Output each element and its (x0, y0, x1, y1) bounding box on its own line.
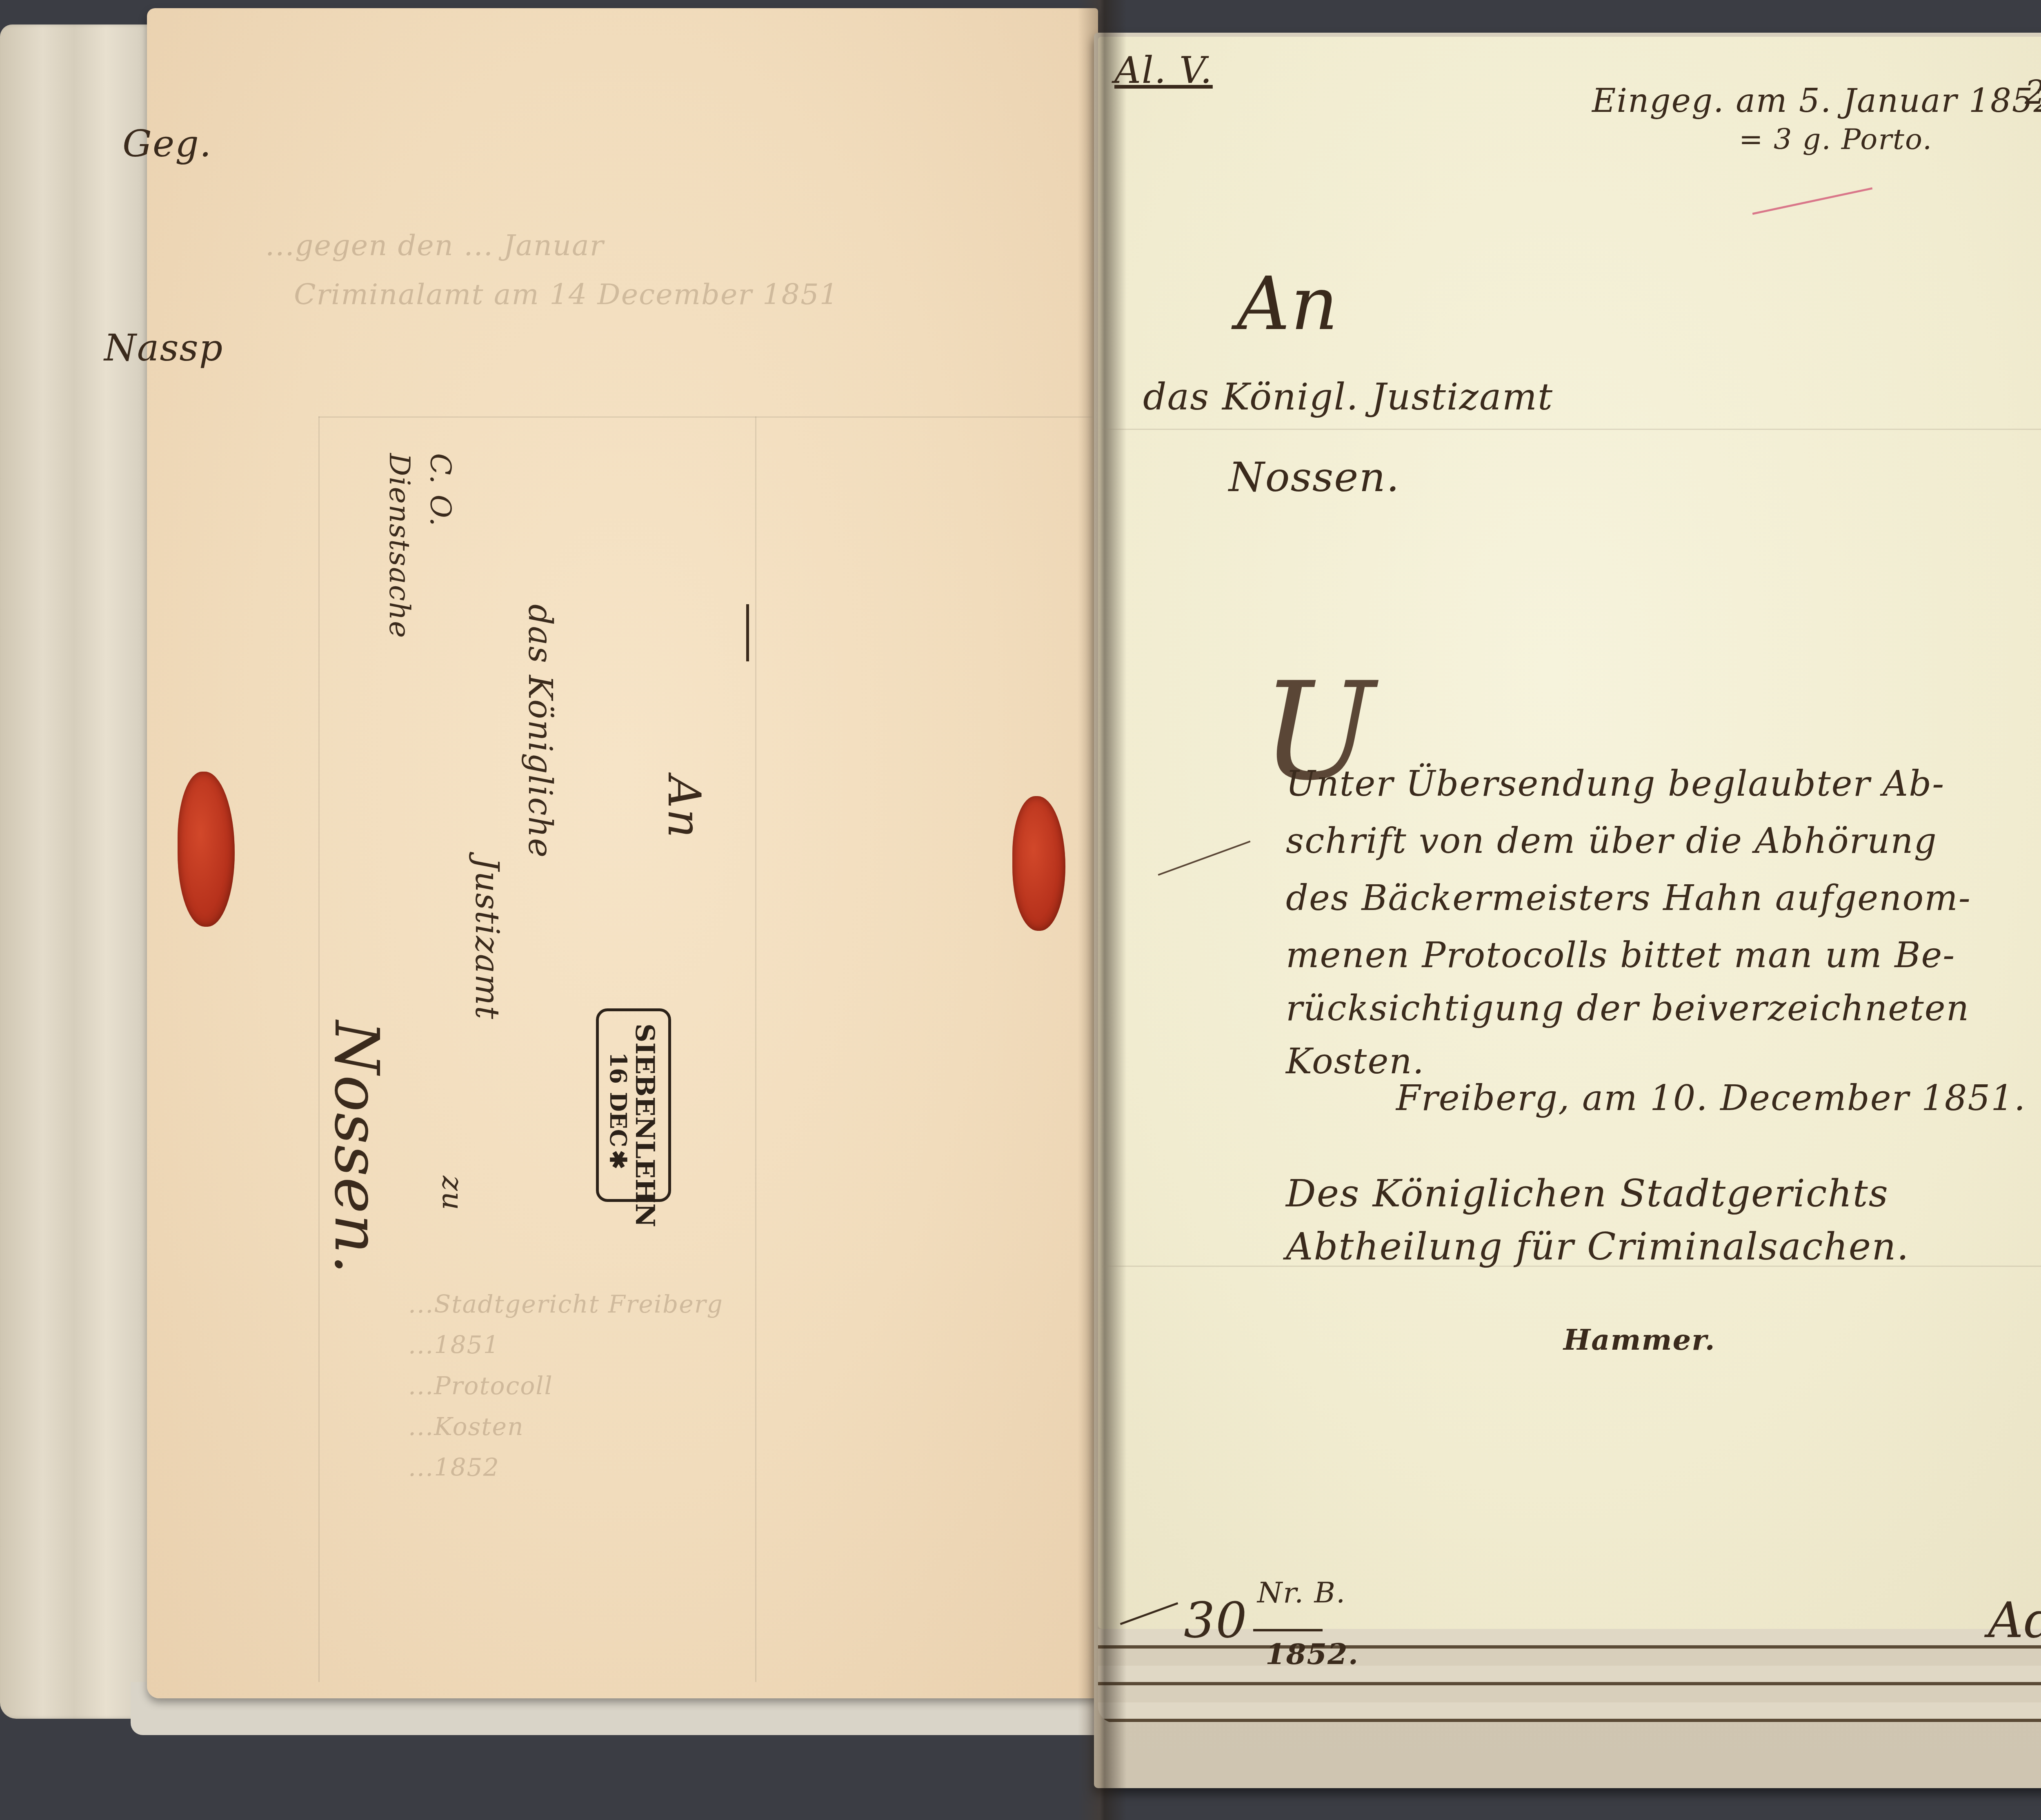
bottom-right-mark: Ad (1988, 1592, 2041, 1649)
left-address-city: Nossen. (321, 1021, 392, 1275)
fold-line (755, 416, 756, 1682)
postmark-date: 16 DEC (605, 1052, 631, 1147)
address-salutation: An (1237, 261, 1339, 347)
fold-line (318, 416, 320, 1682)
body-line-5: rücksichtigung der beiverzeichneten (1286, 988, 1970, 1029)
body-line-4: menen Protocolls bittet man um Be- (1286, 935, 1955, 976)
left-address-zu: zu (436, 1176, 469, 1211)
showthrough-bottom-1: ...Stadtgericht Freiberg (408, 1290, 723, 1319)
body-line-3: des Bäckermeisters Hahn aufgenom- (1286, 878, 1971, 919)
address-line1: das Königl. Justizamt (1143, 376, 1553, 418)
left-address-line1: das Königliche (521, 604, 559, 858)
received-note-line2: = 3 g. Porto. (1739, 122, 1932, 156)
registry-fraction-top: Nr. B. (1257, 1576, 1346, 1609)
signature: Hammer. (1563, 1323, 1716, 1357)
margin-note-1: Geg. (122, 122, 212, 165)
registry-fraction-bottom: 1852. (1265, 1637, 1359, 1671)
sender-line1: Des Königlichen Stadtgerichts (1286, 1172, 1889, 1215)
registry-number: 30 (1184, 1592, 1248, 1649)
fold-line (1102, 429, 2041, 430)
book-spine-gutter (1078, 0, 1127, 1820)
body-line-6: Kosten. (1286, 1041, 1425, 1082)
left-address-line2: Justizamt (468, 857, 506, 1020)
showthrough-bottom-3: ...Protocoll (408, 1372, 553, 1400)
postmark-symbol: ✱ (605, 1150, 631, 1169)
ink-tick-mark (746, 604, 749, 661)
fold-line (318, 416, 1094, 418)
left-note-dienstsache: Dienstsache (383, 453, 416, 639)
margin-note-2: Nassp (104, 327, 223, 369)
showthrough-bottom-2: ...1851 (408, 1331, 500, 1359)
left-address-salutation: An (658, 776, 710, 839)
left-note-co: C. O. (424, 453, 457, 527)
address-city: Nossen. (1229, 453, 1400, 501)
showthrough-text-2: Criminalamt am 14 December 1851 (294, 278, 838, 311)
registry-fraction-bar (1253, 1629, 1323, 1631)
date-line: Freiberg, am 10. December 1851. (1396, 1078, 2026, 1119)
showthrough-bottom-4: ...Kosten (408, 1413, 524, 1441)
body-line-2: schrift von dem über die Abhörung (1286, 821, 1937, 861)
body-line-1: Unter Übersendung beglaubter Ab- (1286, 763, 1945, 804)
postmark-place: SIEBENLEHN (629, 1023, 660, 1227)
showthrough-bottom-5: ...1852 (408, 1453, 500, 1482)
sender-line2: Abtheilung für Criminalsachen. (1286, 1225, 1910, 1268)
showthrough-text-1: ...gegen den ... Januar (265, 229, 604, 262)
file-mark: Al. V. (1114, 49, 1213, 92)
received-note-line1: Eingeg. am 5. Januar 1852. (1592, 82, 2041, 120)
postmark-stamp: SIEBENLEHN 16 DEC ✱ (596, 1008, 671, 1202)
